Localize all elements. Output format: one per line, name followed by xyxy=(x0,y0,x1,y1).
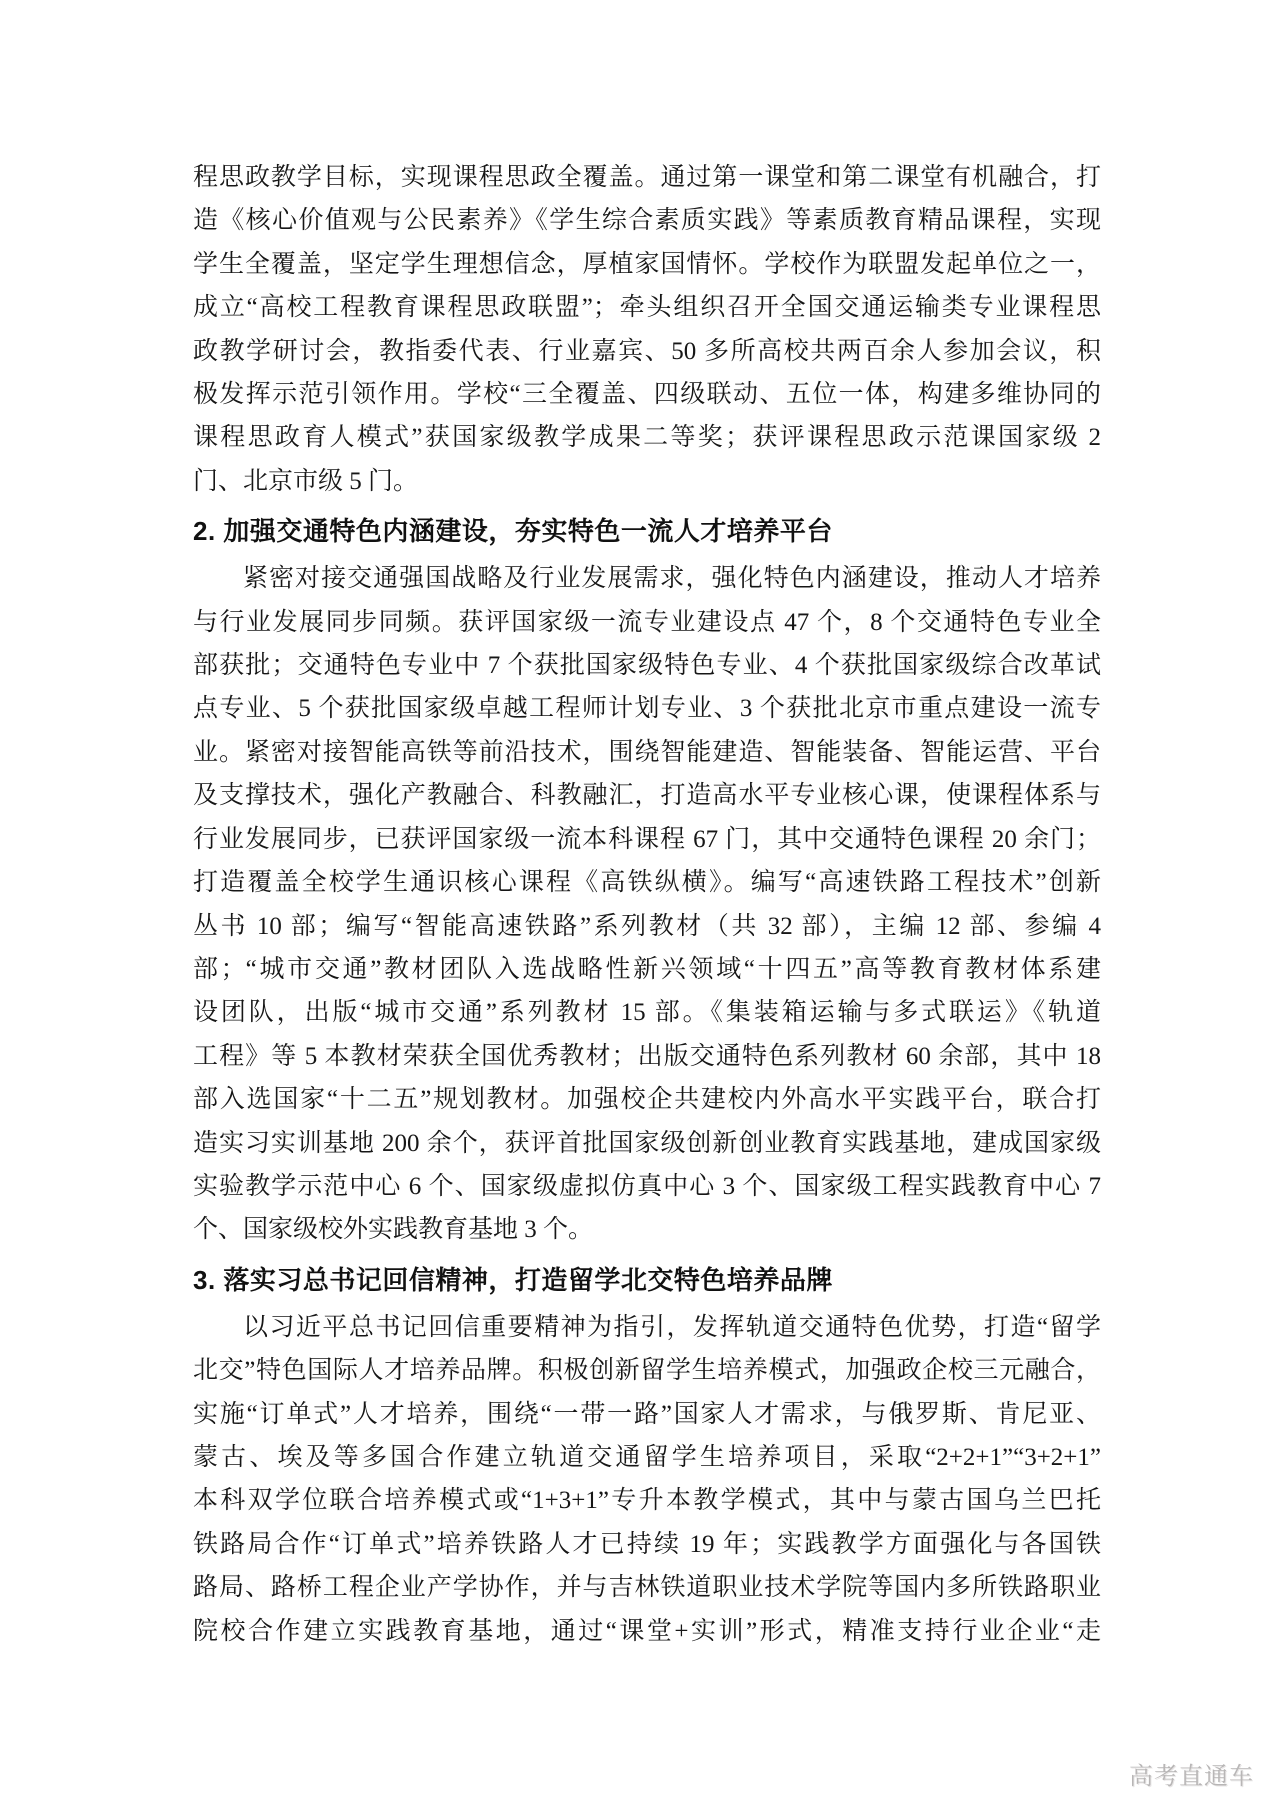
text-line: 与行业发展同步同频。获评国家级一流专业建设点 47 个，8 个交通特色专业全 xyxy=(193,601,1101,644)
text-line: 院校合作建立实践教育基地，通过“课堂+实训”形式，精准支持行业企业“走 xyxy=(193,1610,1101,1653)
text-line: 业。紧密对接智能高铁等前沿技术，围绕智能建造、智能装备、智能运营、平台 xyxy=(193,731,1101,774)
text-line: 程思政教学目标，实现课程思政全覆盖。通过第一课堂和第二课堂有机融合，打 xyxy=(193,156,1101,199)
text-line: 成立“高校工程教育课程思政联盟”；牵头组织召开全国交通运输类专业课程思 xyxy=(193,286,1101,329)
watermark-text: 高考直通车 xyxy=(1129,1756,1254,1791)
text-line: 造《核心价值观与公民素养》《学生综合素质实践》等素质教育精品课程，实现 xyxy=(193,199,1101,242)
text-line: 本科双学位联合培养模式或“1+3+1”专升本教学模式，其中与蒙古国乌兰巴托 xyxy=(193,1479,1101,1522)
text-line: 政教学研讨会，教指委代表、行业嘉宾、50 多所高校共两百余人参加会议，积 xyxy=(193,330,1101,373)
text-line: 门、北京市级 5 门。 xyxy=(193,460,1101,503)
text-line: 点专业、5 个获批国家级卓越工程师计划专业、3 个获批北京市重点建设一流专 xyxy=(193,687,1101,730)
text-line: 丛书 10 部；编写“智能高速铁路”系列教材（共 32 部），主编 12 部、参… xyxy=(193,905,1101,948)
document-body: 程思政教学目标，实现课程思政全覆盖。通过第一课堂和第二课堂有机融合，打造《核心价… xyxy=(193,156,1101,1653)
text-line: 以习近平总书记回信重要精神为指引，发挥轨道交通特色优势，打造“留学 xyxy=(193,1306,1101,1349)
text-line: 行业发展同步，已获评国家级一流本科课程 67 门，其中交通特色课程 20 余门； xyxy=(193,818,1101,861)
text-line: 部入选国家“十二五”规划教材。加强校企共建校内外高水平实践平台，联合打 xyxy=(193,1078,1101,1121)
text-line: 学生全覆盖，坚定学生理想信念，厚植家国情怀。学校作为联盟发起单位之一， xyxy=(193,243,1101,286)
paragraph: 程思政教学目标，实现课程思政全覆盖。通过第一课堂和第二课堂有机融合，打造《核心价… xyxy=(193,156,1101,503)
text-line: 部获批；交通特色专业中 7 个获批国家级特色专业、4 个获批国家级综合改革试 xyxy=(193,644,1101,687)
text-line: 铁路局合作“订单式”培养铁路人才已持续 19 年；实践教学方面强化与各国铁 xyxy=(193,1523,1101,1566)
paragraph: 以习近平总书记回信重要精神为指引，发挥轨道交通特色优势，打造“留学北交”特色国际… xyxy=(193,1306,1101,1653)
section-heading: 3. 落实习总书记回信精神，打造留学北交特色培养品牌 xyxy=(193,1258,1101,1302)
text-line: 路局、路桥工程企业产学协作，并与吉林铁道职业技术学院等国内多所铁路职业 xyxy=(193,1566,1101,1609)
text-line: 设团队，出版“城市交通”系列教材 15 部。《集装箱运输与多式联运》《轨道 xyxy=(193,991,1101,1034)
text-line: 北交”特色国际人才培养品牌。积极创新留学生培养模式，加强政企校三元融合， xyxy=(193,1349,1101,1392)
text-line: 实验教学示范中心 6 个、国家级虚拟仿真中心 3 个、国家级工程实践教育中心 7 xyxy=(193,1165,1101,1208)
text-line: 工程》等 5 本教材荣获全国优秀教材；出版交通特色系列教材 60 余部，其中 1… xyxy=(193,1035,1101,1078)
text-line: 部；“城市交通”教材团队入选战略性新兴领域“十四五”高等教育教材体系建 xyxy=(193,948,1101,991)
text-line: 及支撑技术，强化产教融合、科教融汇，打造高水平专业核心课，使课程体系与 xyxy=(193,774,1101,817)
text-line: 实施“订单式”人才培养，围绕“一带一路”国家人才需求，与俄罗斯、肯尼亚、 xyxy=(193,1393,1101,1436)
text-line: 极发挥示范引领作用。学校“三全覆盖、四级联动、五位一体，构建多维协同的 xyxy=(193,373,1101,416)
paragraph: 紧密对接交通强国战略及行业发展需求，强化特色内涵建设，推动人才培养与行业发展同步… xyxy=(193,557,1101,1252)
text-line: 课程思政育人模式”获国家级教学成果二等奖；获评课程思政示范课国家级 2 xyxy=(193,416,1101,459)
text-line: 紧密对接交通强国战略及行业发展需求，强化特色内涵建设，推动人才培养 xyxy=(193,557,1101,600)
section-heading: 2. 加强交通特色内涵建设，夯实特色一流人才培养平台 xyxy=(193,509,1101,553)
text-line: 个、国家级校外实践教育基地 3 个。 xyxy=(193,1208,1101,1251)
text-line: 蒙古、埃及等多国合作建立轨道交通留学生培养项目，采取“2+2+1”“3+2+1” xyxy=(193,1436,1101,1479)
document-page: 程思政教学目标，实现课程思政全覆盖。通过第一课堂和第二课堂有机融合，打造《核心价… xyxy=(0,0,1280,1810)
text-line: 打造覆盖全校学生通识核心课程《高铁纵横》。编写“高速铁路工程技术”创新 xyxy=(193,861,1101,904)
text-line: 造实习实训基地 200 余个，获评首批国家级创新创业教育实践基地，建成国家级 xyxy=(193,1122,1101,1165)
